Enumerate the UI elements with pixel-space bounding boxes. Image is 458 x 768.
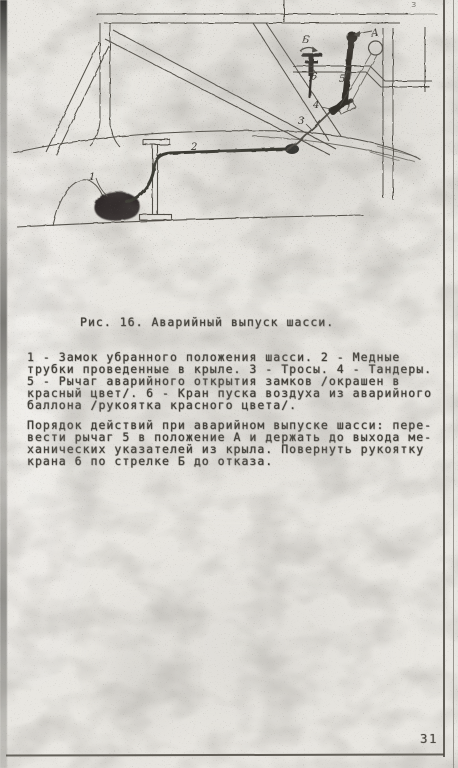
page-number: 31: [420, 731, 438, 746]
figure-legend: 1 - Замок убранного положения шасси. 2 -…: [27, 351, 432, 411]
paper-stain: [80, 520, 410, 768]
scanned-manual-page: 1 2 3 4 5 6 А Б Рис. 16. Аварийный выпус…: [0, 0, 458, 768]
wing-contour: [13, 131, 420, 227]
label-position-a: А: [370, 28, 379, 39]
page-border-right: [443, 0, 445, 757]
uplock-blob: [94, 191, 139, 220]
scan-edge-shadow: [0, 0, 7, 768]
label-direction-b: Б: [301, 35, 310, 46]
label-3: 3: [298, 116, 304, 127]
gear-release-diagram: 1 2 3 4 5 6 А Б: [0, 0, 458, 250]
page-border-right-outer: [453, 0, 454, 768]
label-4: 4: [312, 100, 319, 111]
legend-line: баллона /рукоятка красного цвета/.: [27, 399, 432, 411]
caption-text: Рис. 16. Аварийный выпуск шасси.: [80, 316, 334, 328]
label-5: 5: [339, 74, 345, 85]
stray-ink-mark: ɜ: [411, 0, 416, 10]
paper-stain: [95, 600, 175, 768]
direction-b-arrow: [300, 47, 318, 53]
label-6: 6: [311, 72, 318, 83]
procedure-paragraph: Порядок действий при аварийном выпуске ш…: [27, 419, 432, 467]
label-3-leader: [306, 124, 313, 131]
figure-caption: Рис. 16. Аварийный выпуск шасси.: [80, 316, 334, 328]
procedure-line: крана 6 по стрелке Б до отказа.: [27, 455, 432, 467]
label-1: 1: [89, 172, 95, 183]
cable-pulley: [285, 144, 299, 154]
copper-tube: [127, 149, 286, 202]
page-border-bottom: [6, 754, 444, 757]
position-a-circle: [369, 41, 383, 55]
label-2: 2: [190, 142, 197, 153]
spar-ibeam: [140, 140, 172, 221]
